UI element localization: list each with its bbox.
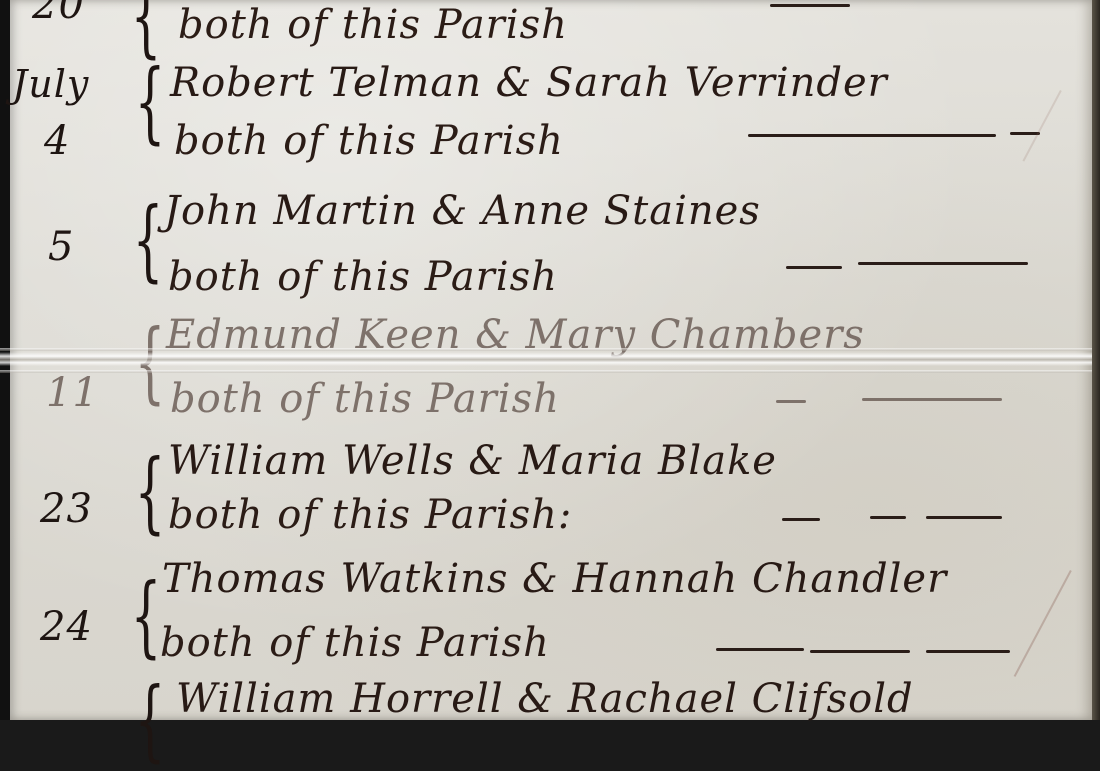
- entry-names: Thomas Watkins & Hannah Chandler: [162, 556, 947, 602]
- entry-date-day: 20: [32, 0, 85, 28]
- brace-icon: {: [133, 196, 164, 284]
- dash-rule: [926, 650, 1010, 653]
- entry-names: Robert Telman & Sarah Verrinder: [170, 60, 888, 106]
- entry-parish-line: both of this Parish:: [168, 492, 572, 538]
- entry-date-day: 24: [40, 604, 93, 650]
- paper-fold: [0, 352, 1100, 366]
- entry-parish-line: both of this Parish: [160, 620, 550, 666]
- entry-parish-line: both of this Parish: [174, 118, 564, 164]
- fold-crease: [0, 348, 1100, 351]
- brace-icon: {: [135, 58, 166, 146]
- entry-date-day: 4: [44, 118, 70, 164]
- dash-rule: [926, 516, 1002, 519]
- dash-rule: [786, 266, 842, 269]
- dash-rule: [776, 400, 806, 403]
- margin-mark: [1014, 570, 1072, 677]
- dash-rule: [862, 398, 1002, 401]
- entry-names: John Martin & Anne Staines: [164, 188, 761, 234]
- margin-mark: [1022, 90, 1061, 162]
- brace-icon: {: [131, 572, 162, 660]
- entry-parish-line: both of this Parish: [178, 2, 568, 48]
- dash-rule: [810, 650, 910, 653]
- entry-parish-line: both of this Parish: [170, 376, 560, 422]
- entry-date-day: 5: [48, 224, 74, 270]
- brace-icon: {: [135, 676, 166, 720]
- dash-rule: [782, 518, 820, 521]
- entry-names: William Horrell & Rachael Clifsold: [176, 676, 914, 720]
- fold-crease: [0, 370, 1100, 373]
- entry-parish-line: both of this Parish: [168, 254, 558, 300]
- entry-date-day: 23: [40, 486, 93, 532]
- entry-date-month: July: [12, 62, 89, 106]
- dash-rule: [858, 262, 1028, 265]
- dash-rule: [770, 4, 850, 7]
- entry-names: William Wells & Maria Blake: [168, 438, 777, 484]
- dash-rule: [716, 648, 804, 651]
- brace-icon: {: [135, 448, 166, 536]
- scan-right-border: [1092, 0, 1100, 720]
- dash-rule: [870, 516, 906, 519]
- dash-rule: [748, 134, 996, 137]
- entry-date-day: 11: [46, 370, 99, 416]
